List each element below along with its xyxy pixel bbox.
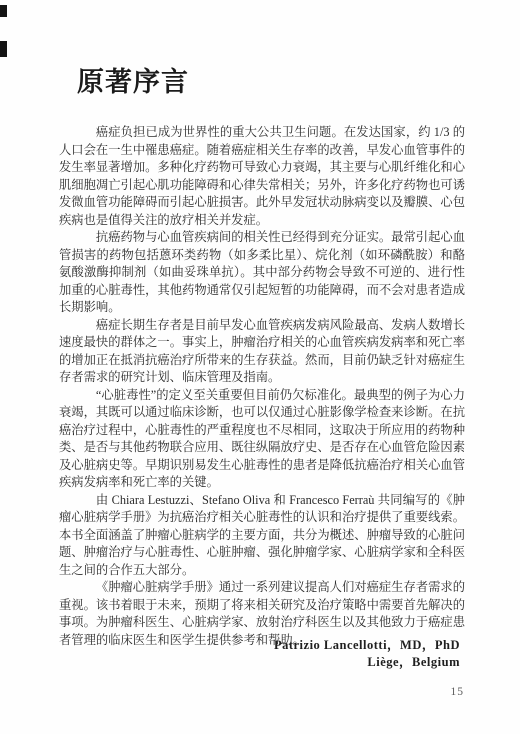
- paragraph-5: 由 Chiara Lestuzzi、Stefano Oliva 和 France…: [59, 492, 465, 580]
- scan-artifact-mark-second: [0, 41, 7, 57]
- scan-artifact-mark-top: [0, 5, 7, 17]
- paragraph-4: “心脏毒性”的定义至关重要但目前仍欠标准化。最典型的例子为心力衰竭，其既可以通过…: [59, 387, 465, 492]
- paragraph-2: 抗癌药物与心血管疾病间的相关性已经得到充分证实。最常引起心血管损害的药物包括蒽环…: [59, 229, 465, 317]
- signature-location: Liège，Belgium: [274, 654, 460, 671]
- paragraph-3: 癌症长期生存者是目前早发心血管疾病发病风险最高、发病人数增长速度最快的群体之一。…: [59, 317, 465, 387]
- page-title: 原著序言: [77, 60, 189, 99]
- book-page: 原著序言 癌症负担已成为世界性的重大公共卫生问题。在发达国家，约 1/3 的人口…: [0, 0, 520, 734]
- signature-block: Patrizio Lancellotti，MD，PhD Liège，Belgiu…: [274, 637, 460, 671]
- signature-author: Patrizio Lancellotti，MD，PhD: [274, 637, 460, 654]
- paragraph-1: 癌症负担已成为世界性的重大公共卫生问题。在发达国家，约 1/3 的人口会在一生中…: [59, 124, 465, 229]
- preface-body: 癌症负担已成为世界性的重大公共卫生问题。在发达国家，约 1/3 的人口会在一生中…: [59, 124, 465, 649]
- page-number: 15: [451, 686, 465, 698]
